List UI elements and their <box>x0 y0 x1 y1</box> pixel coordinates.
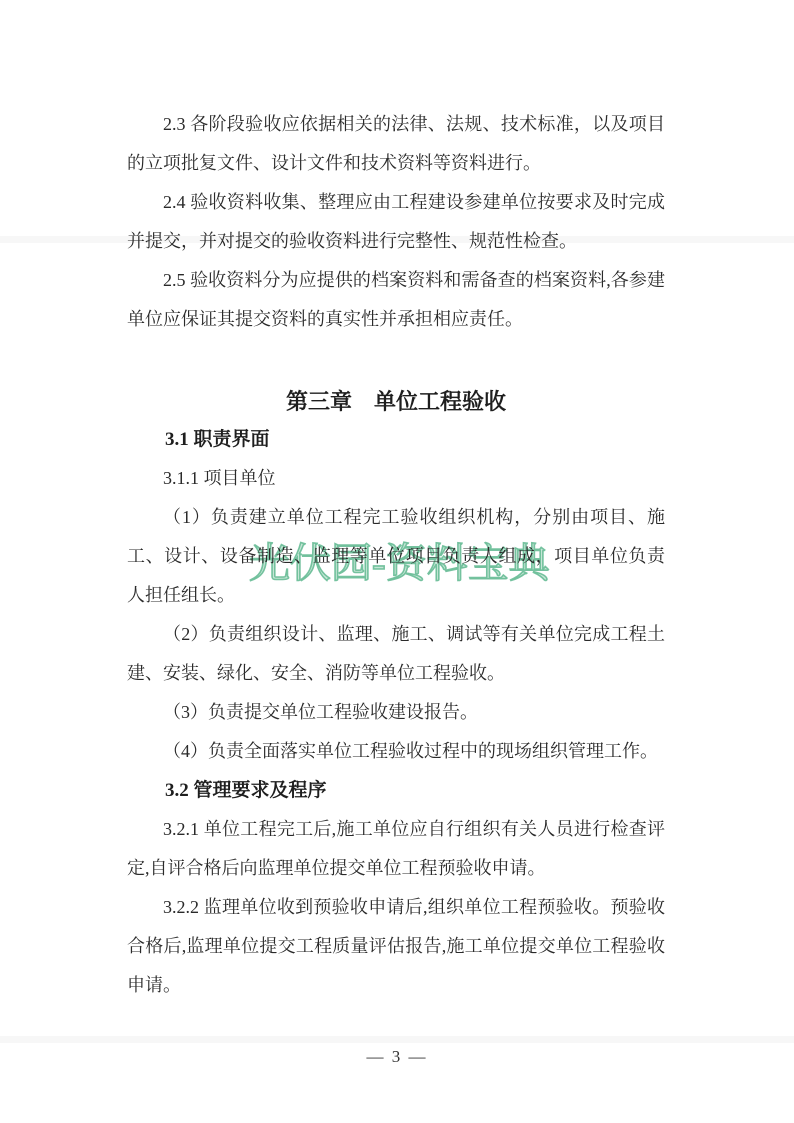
paragraph-2-5: 2.5 验收资料分为应提供的档案资料和需备查的档案资料,各参建单位应保证其提交资… <box>127 261 665 339</box>
clause-3-1-1: 3.1.1 项目单位 <box>127 459 665 498</box>
duty-item-4: （4）负责全面落实单位工程验收过程中的现场组织管理工作。 <box>127 732 665 771</box>
paragraph-2-4: 2.4 验收资料收集、整理应由工程建设参建单位按要求及时完成并提交，并对提交的验… <box>127 183 665 261</box>
page-number: — 3 — <box>0 1046 794 1068</box>
document-body: 2.3 各阶段验收应依据相关的法律、法规、技术标准，以及项目的立项批复文件、设计… <box>127 0 665 1005</box>
chapter-title: 第三章 单位工程验收 <box>127 385 665 418</box>
paragraph-2-3: 2.3 各阶段验收应依据相关的法律、法规、技术标准，以及项目的立项批复文件、设计… <box>127 105 665 183</box>
section-heading-3-2: 3.2 管理要求及程序 <box>127 771 665 810</box>
scan-artifact-band <box>0 1036 794 1043</box>
paragraph-3-2-1: 3.2.1 单位工程完工后,施工单位应自行组织有关人员进行检查评定,自评合格后向… <box>127 810 665 888</box>
duty-item-1: （1）负责建立单位工程完工验收组织机构，分别由项目、施工、设计、设备制造、监理等… <box>127 498 665 615</box>
duty-item-2: （2）负责组织设计、监理、施工、调试等有关单位完成工程土建、安装、绿化、安全、消… <box>127 615 665 693</box>
paragraph-3-2-2: 3.2.2 监理单位收到预验收申请后,组织单位工程预验收。预验收合格后,监理单位… <box>127 888 665 1005</box>
duty-item-3: （3）负责提交单位工程验收建设报告。 <box>127 693 665 732</box>
section-heading-3-1: 3.1 职责界面 <box>127 420 665 459</box>
document-page: 光伏园-资料宝典 2.3 各阶段验收应依据相关的法律、法规、技术标准，以及项目的… <box>0 0 794 1123</box>
